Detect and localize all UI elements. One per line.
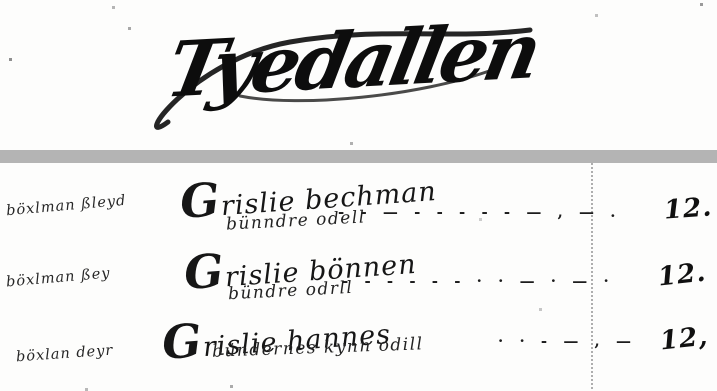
- entry-value: 12,: [659, 322, 710, 357]
- manuscript-page: Tyedallen böxlman ßleyd Grislie bechman …: [0, 0, 717, 391]
- entry-margin-note: böxlman ßey: [6, 265, 112, 290]
- scan-divider-band: [0, 150, 717, 163]
- scan-speckles: [9, 58, 12, 61]
- entry-leader-dashes: - - — - - - - - — , — .: [338, 203, 660, 221]
- entry-margin-note: böxlan deyr: [16, 343, 114, 366]
- entry-value: 12.: [657, 258, 708, 293]
- entry-value: 12.: [663, 192, 713, 225]
- entry-leader-dashes: - - - - - - · · — · — ·: [342, 272, 660, 290]
- entry-margin-note: böxlman ßleyd: [6, 193, 127, 219]
- entry-leader-dashes: · · - — , —: [498, 332, 660, 350]
- calligraphic-title: Tyedallen: [161, 11, 575, 109]
